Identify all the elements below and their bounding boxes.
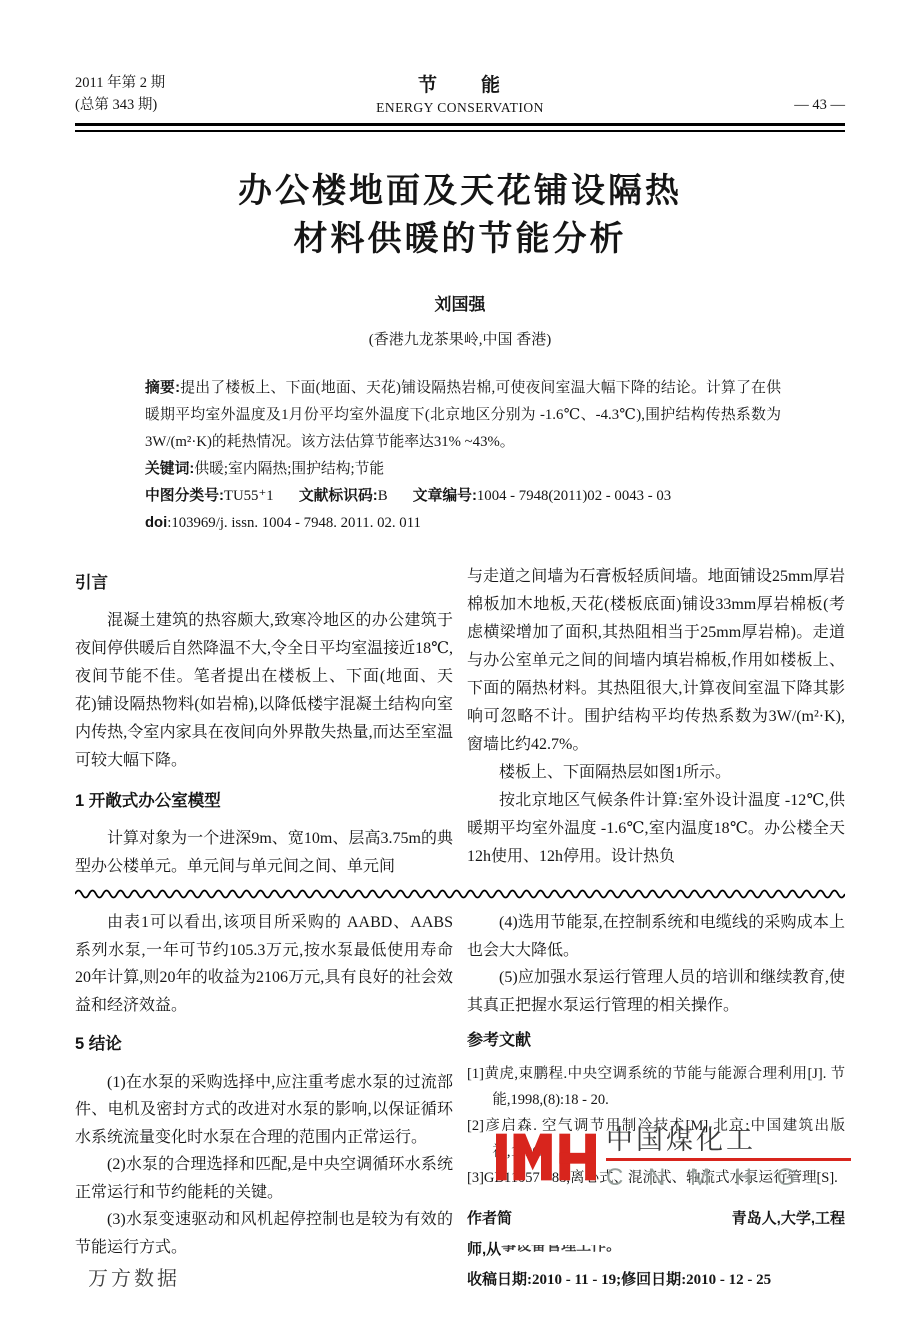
conclusion-3: (3)水泵变速驱动和风机起停控制也是较为有效的节能运行方式。: [75, 1206, 453, 1261]
watermark-cn-text: 中国煤化工: [606, 1126, 804, 1155]
bio-label-fragment: 作者简: [467, 1203, 512, 1234]
abstract-paragraph: 摘要:提出了楼板上、下面(地面、天花)铺设隔热岩棉,可使夜间室温大幅下降的结论。…: [145, 375, 781, 456]
continuation-paragraph-2: 楼板上、下面隔热层如图1所示。: [467, 759, 845, 787]
conclusion-2: (2)水泵的合理选择和匹配,是中央空调循环水系统正常运行和节约能耗的关键。: [75, 1151, 453, 1206]
watermark-rule: [606, 1158, 756, 1161]
doi-label: doi: [145, 515, 167, 531]
column-right-bottom: (4)选用节能泵,在控制系统和电缆线的采购成本上也会大大降低。 (5)应加强水泵…: [467, 909, 845, 1295]
conclusion-4: (4)选用节能泵,在控制系统和电缆线的采购成本上也会大大降低。: [467, 909, 845, 964]
scanned-paper-page: 2011 年第 2 期 (总第 343 期) 节 能 ENERGY CONSER…: [0, 0, 904, 1320]
clc-label: 中图分类号:: [145, 488, 224, 504]
column-left-top: 引言 混凝土建筑的热容颇大,致寒冷地区的办公建筑于夜间停供暖后自然降温不大,令全…: [75, 563, 453, 881]
clc-value: TU55⁺1: [224, 488, 274, 504]
body-bottom-band: 由表1可以看出,该项目所采购的 AABD、AABS 系列水泵,一年可节约105.…: [75, 909, 845, 1295]
author-name: 刘国强: [75, 290, 845, 315]
page-number: — 43 —: [544, 97, 845, 116]
doi-value: :103969/j. issn. 1004 - 7948. 2011. 02. …: [167, 515, 421, 531]
wavy-separator: [75, 889, 845, 899]
journal-header: 2011 年第 2 期 (总第 343 期) 节 能 ENERGY CONSER…: [75, 70, 845, 116]
journal-title-block: 节 能 ENERGY CONSERVATION: [376, 70, 544, 116]
header-rule: [75, 123, 845, 132]
doc-code-label: 文献标识码:: [299, 488, 378, 504]
intro-paragraph: 混凝土建筑的热容颇大,致寒冷地区的办公建筑于夜间停供暖后自然降温不大,令全日平均…: [75, 607, 453, 775]
revised-label: 修回日期: [621, 1271, 681, 1288]
bio-line2-obscured-text: 事设备管理工作。: [501, 1245, 621, 1253]
bio-line2-start: 师,从: [467, 1241, 501, 1258]
wanfang-watermark: 万方数据: [88, 1262, 180, 1291]
conclusion-5: (5)应加强水泵运行管理人员的培训和继续教育,使其真正把握水泵运行管理的相关操作…: [467, 964, 845, 1019]
section1-paragraph: 计算对象为一个进深9m、宽10m、层高3.75m的典型办公楼单元。单元间与单元间…: [75, 825, 453, 881]
bio-line-2: 师,从事设备管理工作。: [467, 1234, 845, 1265]
received-date: :2010 - 11 - 19;: [527, 1272, 621, 1288]
column-left-bottom: 由表1可以看出,该项目所采购的 AABD、AABS 系列水泵,一年可节约105.…: [75, 909, 453, 1295]
references-heading: 参考文献: [467, 1027, 845, 1055]
reference-item: [1]黄虎,束鹏程.中央空调系统的节能与能源合理利用[J]. 节能,1998,(…: [467, 1061, 845, 1113]
issue-number: 2011 年第 2 期: [75, 72, 376, 94]
doc-code-value: B: [378, 488, 388, 504]
cnmhg-logo-icon: [496, 1126, 596, 1188]
continuation-paragraph-1: 与走道之间墙为石膏板轻质间墙。地面铺设25mm厚岩棉板加木地板,天花(楼板底面)…: [467, 563, 845, 759]
article-id-label: 文章编号:: [413, 488, 477, 504]
journal-title-cn: 节 能: [376, 70, 544, 97]
section1-heading: 1 开敞式办公室模型: [75, 787, 453, 815]
abstract-label: 摘要:: [145, 380, 180, 396]
table-discussion-paragraph: 由表1可以看出,该项目所采购的 AABD、AABS 系列水泵,一年可节约105.…: [75, 909, 453, 1019]
issue-total: (总第 343 期): [75, 94, 376, 116]
abstract-text: 提出了楼板上、下面(地面、天花)铺设隔热岩棉,可使夜间室温大幅下降的结论。计算了…: [145, 380, 781, 450]
author-affiliation: (香港九龙茶果岭,中国 香港): [75, 328, 845, 349]
classification-line: 中图分类号:TU55⁺1文献标识码:B文章编号:1004 - 7948(2011…: [145, 483, 781, 510]
abstract-block: 摘要:提出了楼板上、下面(地面、天花)铺设隔热岩棉,可使夜间室温大幅下降的结论。…: [145, 375, 781, 537]
watermark-en-text: C N M H G: [606, 1165, 804, 1191]
article-id-value: 1004 - 7948(2011)02 - 0043 - 03: [477, 488, 671, 504]
doi-line: doi:103969/j. issn. 1004 - 7948. 2011. 0…: [145, 510, 781, 537]
issue-info: 2011 年第 2 期 (总第 343 期): [75, 72, 376, 116]
keywords-label: 关键词:: [145, 461, 194, 477]
article-title: 办公楼地面及天花铺设隔热 材料供暖的节能分析: [75, 168, 845, 264]
bio-line-1: 作者简 青岛人,大学,工程: [467, 1203, 845, 1234]
section5-heading: 5 结论: [75, 1031, 453, 1059]
journal-title-en: ENERGY CONSERVATION: [376, 100, 544, 116]
watermark-text-block: 中国煤化工 C N M H G: [606, 1126, 804, 1191]
keywords-line: 关键词:供暖;室内隔热;围护结构;节能: [145, 456, 781, 483]
conclusion-1: (1)在水泵的采购选择中,应注重考虑水泵的过流部件、电机及密封方式的改进对水泵的…: [75, 1069, 453, 1152]
author-bio: 作者简 青岛人,大学,工程 师,从事设备管理工作。: [467, 1203, 845, 1265]
body-top-band: 引言 混凝土建筑的热容颇大,致寒冷地区的办公建筑于夜间停供暖后自然降温不大,令全…: [75, 563, 845, 881]
article-title-line1: 办公楼地面及天花铺设隔热: [75, 168, 845, 216]
dates-line: 收稿日期:2010 - 11 - 19;修回日期:2010 - 12 - 25: [467, 1265, 845, 1295]
continuation-paragraph-3: 按北京地区气候条件计算:室外设计温度 -12℃,供暖期平均室外温度 -1.6℃,…: [467, 787, 845, 871]
keywords-text: 供暖;室内隔热;围护结构;节能: [194, 461, 384, 477]
cnmhg-watermark: 中国煤化工 C N M H G: [496, 1126, 804, 1191]
intro-heading: 引言: [75, 569, 453, 597]
received-label: 收稿日期: [467, 1271, 527, 1288]
bio-right-fragment: 青岛人,大学,工程: [732, 1203, 845, 1234]
article-title-line2: 材料供暖的节能分析: [75, 216, 845, 264]
revised-date: :2010 - 12 - 25: [681, 1272, 771, 1288]
column-right-top: 与走道之间墙为石膏板轻质间墙。地面铺设25mm厚岩棉板加木地板,天花(楼板底面)…: [467, 563, 845, 881]
